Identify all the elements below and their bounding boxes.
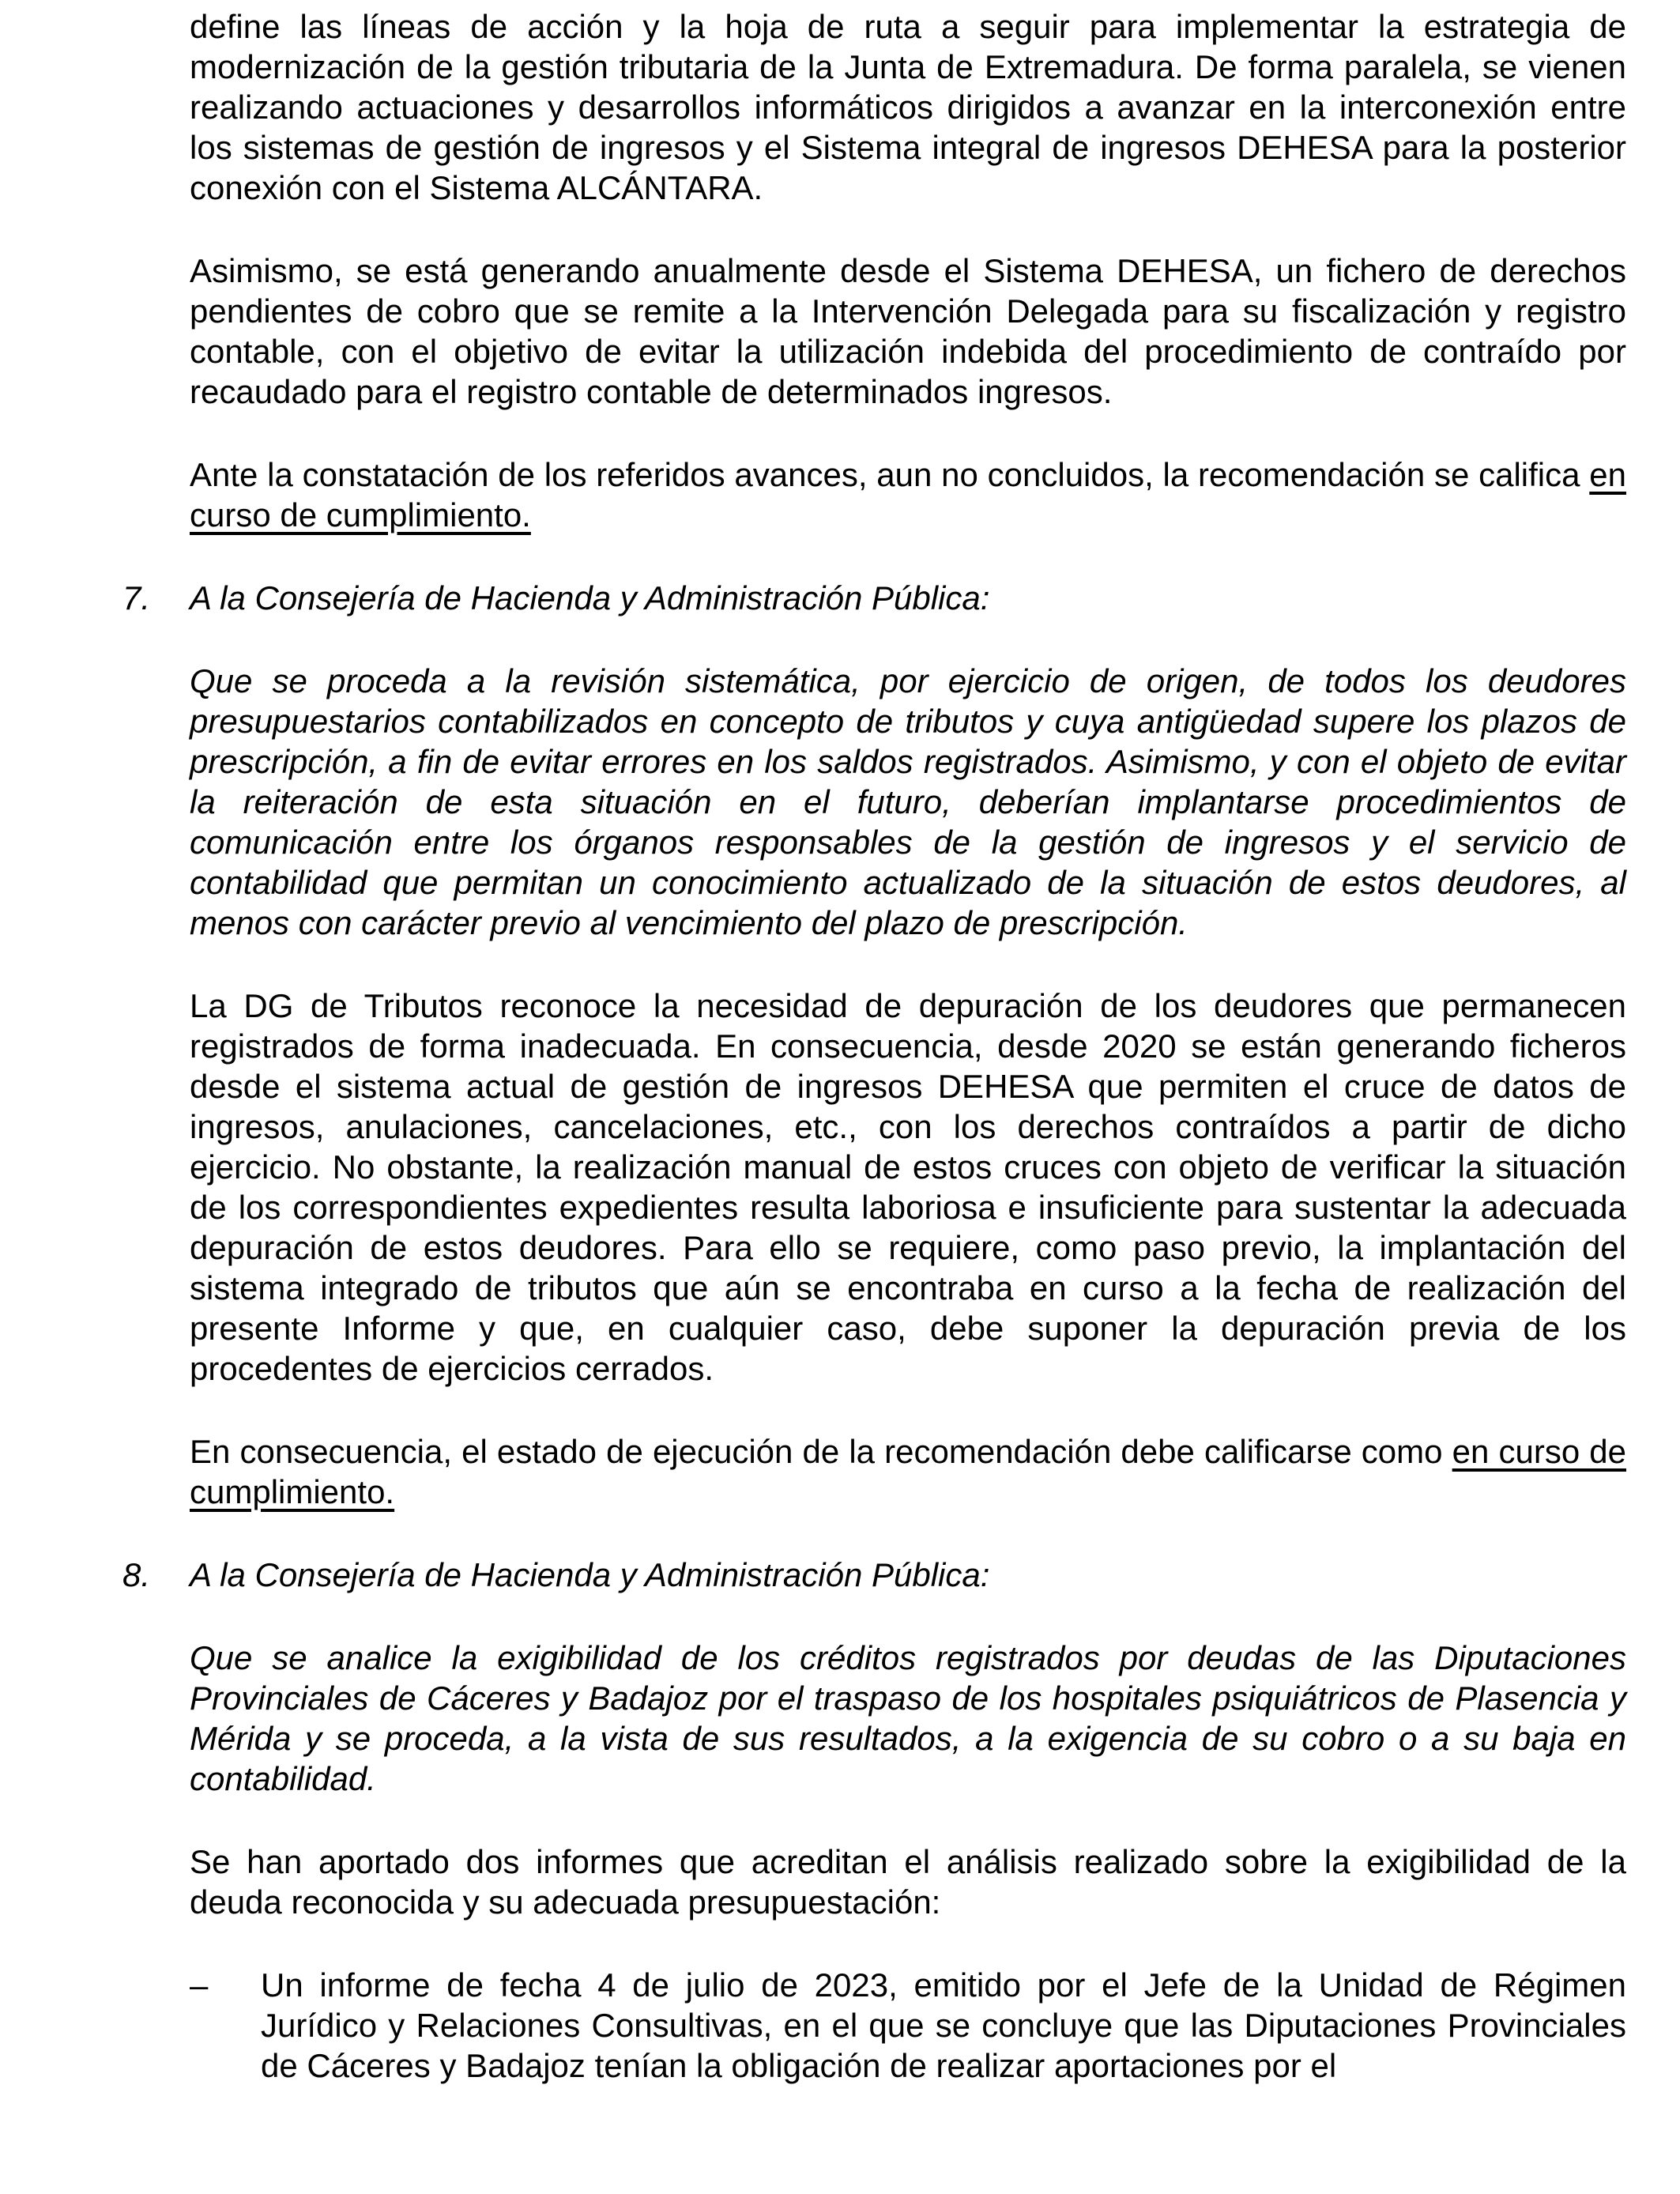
text-run: A la Consejería de Hacienda y Administra…: [190, 1556, 989, 1593]
quote-paragraph: Que se proceda a la revisión sistemática…: [190, 661, 1626, 943]
heading-text: A la Consejería de Hacienda y Administra…: [190, 579, 989, 616]
text-run: Asimismo, se está generando anualmente d…: [190, 252, 1626, 410]
text-run: Que se analice la exigibilidad de los cr…: [190, 1639, 1626, 1797]
text-run: Ante la constatación de los referidos av…: [190, 456, 1589, 493]
text-run: Se han aportado dos informes que acredit…: [190, 1843, 1626, 1921]
text-run: A la Consejería de Hacienda y Administra…: [190, 579, 989, 616]
numbered-heading: 7.A la Consejería de Hacienda y Administ…: [190, 578, 1626, 618]
numbered-heading: 8.A la Consejería de Hacienda y Administ…: [190, 1555, 1626, 1595]
text-run: En consecuencia, el estado de ejecución …: [190, 1433, 1452, 1470]
heading-number: 8.: [122, 1555, 150, 1595]
paragraph: Asimismo, se está generando anualmente d…: [190, 251, 1626, 412]
paragraph: Se han aportado dos informes que acredit…: [190, 1842, 1626, 1922]
dash-marker: –: [190, 1965, 261, 2086]
text-run: La DG de Tributos reconoce la necesidad …: [190, 987, 1626, 1387]
text-run: Un informe de fecha 4 de julio de 2023, …: [261, 1966, 1626, 2084]
text-run: Que se proceda a la revisión sistemática…: [190, 662, 1626, 941]
dash-list-item: –Un informe de fecha 4 de julio de 2023,…: [190, 1965, 1626, 2086]
document-content: define las líneas de acción y la hoja de…: [190, 6, 1626, 2086]
paragraph: Ante la constatación de los referidos av…: [190, 454, 1626, 535]
paragraph: La DG de Tributos reconoce la necesidad …: [190, 986, 1626, 1389]
paragraph: En consecuencia, el estado de ejecución …: [190, 1431, 1626, 1512]
text-run: define las líneas de acción y la hoja de…: [190, 8, 1626, 206]
heading-text: A la Consejería de Hacienda y Administra…: [190, 1556, 989, 1593]
paragraph: define las líneas de acción y la hoja de…: [190, 6, 1626, 208]
quote-paragraph: Que se analice la exigibilidad de los cr…: [190, 1638, 1626, 1799]
dash-item-text: Un informe de fecha 4 de julio de 2023, …: [261, 1965, 1626, 2086]
heading-number: 7.: [122, 578, 150, 618]
document-page: define las líneas de acción y la hoja de…: [0, 0, 1680, 2194]
